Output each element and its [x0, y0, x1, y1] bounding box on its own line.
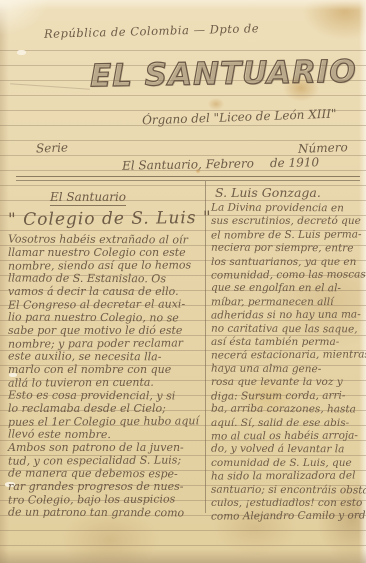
- country-department-line: República de Colombia — Dpto de: [44, 21, 259, 41]
- handwritten-line: que se engolfan en el al-: [211, 282, 363, 296]
- handwritten-line: sabe por que motivo le dió este: [8, 324, 204, 337]
- handwritten-line: de manera que debemos espe-: [8, 466, 204, 480]
- handwritten-line: rar grandes progresos de nues-: [8, 480, 204, 493]
- masthead-title: EL SANTUARIO: [90, 54, 357, 95]
- handwritten-line: lio para nuestro Colegio, no se: [8, 310, 204, 324]
- column-divider-rule: [205, 181, 206, 513]
- handwritten-line: míbar, permanecen allí: [211, 296, 363, 309]
- handwritten-line: culos, ¡estudiadlos! con esto: [211, 497, 363, 510]
- handwritten-line: este auxilio, se necesita lla-: [8, 349, 204, 363]
- handwritten-line: santuario; si encontráis obstá-: [211, 483, 363, 497]
- handwritten-line: nombre, siendo así que lo hemos: [8, 258, 204, 272]
- handwritten-line: allá lo tuvieron en cuenta.: [8, 375, 204, 389]
- handwritten-line: tud, y con especialidad S. Luis;: [8, 453, 204, 467]
- handwritten-line: haya una alma gene-: [211, 362, 363, 376]
- handwritten-line: comunidad de S. Luis, que: [211, 457, 363, 470]
- organ-subtitle: Órgano del "Liceo de León XIII": [142, 107, 337, 128]
- handwritten-line: adheridas si no hay una ma-: [211, 309, 363, 323]
- handwritten-line: La Divina providencia en: [211, 202, 363, 216]
- handwritten-line: pues el 1er Colegio que hubo aquí: [8, 414, 204, 428]
- handwritten-line: El Congreso al decretar el auxi-: [8, 297, 204, 311]
- handwritten-line: lo reclamaba desde el Cielo;: [8, 402, 204, 415]
- handwritten-line: de un patrono tan grande como: [8, 505, 204, 519]
- handwritten-line: necerá estacionaria, mientras: [211, 349, 363, 363]
- serie-label: Serie: [36, 140, 68, 155]
- handwritten-line: Ambos son patrono de la juven-: [8, 441, 204, 454]
- right-column-heading: S. Luis Gonzaga.: [215, 185, 321, 201]
- dateline-place-month: El Santuario, Febrero: [122, 156, 254, 172]
- handwritten-line: mo al cual os habéis arroja-: [211, 429, 363, 443]
- handwritten-line: vamos á decir la causa de ello.: [8, 285, 204, 298]
- handwritten-line: llamar nuestro Colegio con este: [8, 246, 204, 259]
- right-column: S. Luis Gonzaga. La Divina providencia e…: [211, 182, 363, 524]
- handwritten-line: Vosotros habéis extrañado al oír: [8, 232, 204, 246]
- handwritten-line: así ésta también perma-: [211, 336, 363, 349]
- handwritten-line: llamado de S. Estanislao. Os: [8, 271, 204, 285]
- handwritten-line: nombre; y para poder reclamar: [8, 336, 204, 350]
- handwritten-line: marlo con el nombre con que: [8, 363, 204, 376]
- dateline: El Santuario, Febrerode 1910: [122, 155, 319, 172]
- handwritten-line: aquí. Sí, salid de ese abis-: [211, 417, 363, 430]
- article-title: " Colegio de S. Luis ": [8, 208, 204, 230]
- left-column-heading: El Santuario: [50, 190, 126, 206]
- paper-speck: [17, 50, 26, 55]
- numero-label: Número: [298, 140, 348, 156]
- handwritten-line: no caritativa que las saque,: [211, 322, 363, 336]
- handwritten-line: como Alejandro Camilo y ordinar: [211, 510, 363, 524]
- paper-crease: [10, 83, 90, 90]
- document-page: República de Colombia — Dpto de EL SANTU…: [0, 0, 366, 563]
- dateline-year: de 1910: [270, 155, 319, 170]
- handwritten-line: diga: Sursum corda, arri-: [211, 389, 363, 403]
- left-column: El Santuario " Colegio de S. Luis " Voso…: [8, 186, 204, 519]
- handwritten-line: rosa que levante la voz y: [211, 376, 363, 389]
- handwritten-line: los santuarianos, ya que en: [211, 256, 363, 269]
- handwritten-line: Esto es cosa providencial, y si: [8, 388, 204, 402]
- left-column-text: Vosotros habéis extrañado al oírllamar n…: [8, 233, 204, 519]
- handwritten-line: ha sido la moralizadora del: [211, 470, 363, 484]
- handwritten-line: do, y volved á levantar la: [211, 443, 363, 457]
- handwritten-line: sus escrutinios, decretó que: [211, 215, 363, 228]
- right-column-text: La Divina providencia ensus escrutinios,…: [211, 202, 363, 524]
- handwritten-line: neciera por siempre, entre: [211, 242, 363, 256]
- handwritten-line: tro Colegio, bajo los auspicios: [8, 492, 204, 506]
- handwritten-line: ba, arriba corazones, hasta: [211, 403, 363, 417]
- handwritten-line: el nombre de S. Luis perma-: [211, 228, 363, 242]
- header-double-rule: [16, 176, 360, 181]
- handwritten-line: llevó este nombre.: [8, 427, 204, 441]
